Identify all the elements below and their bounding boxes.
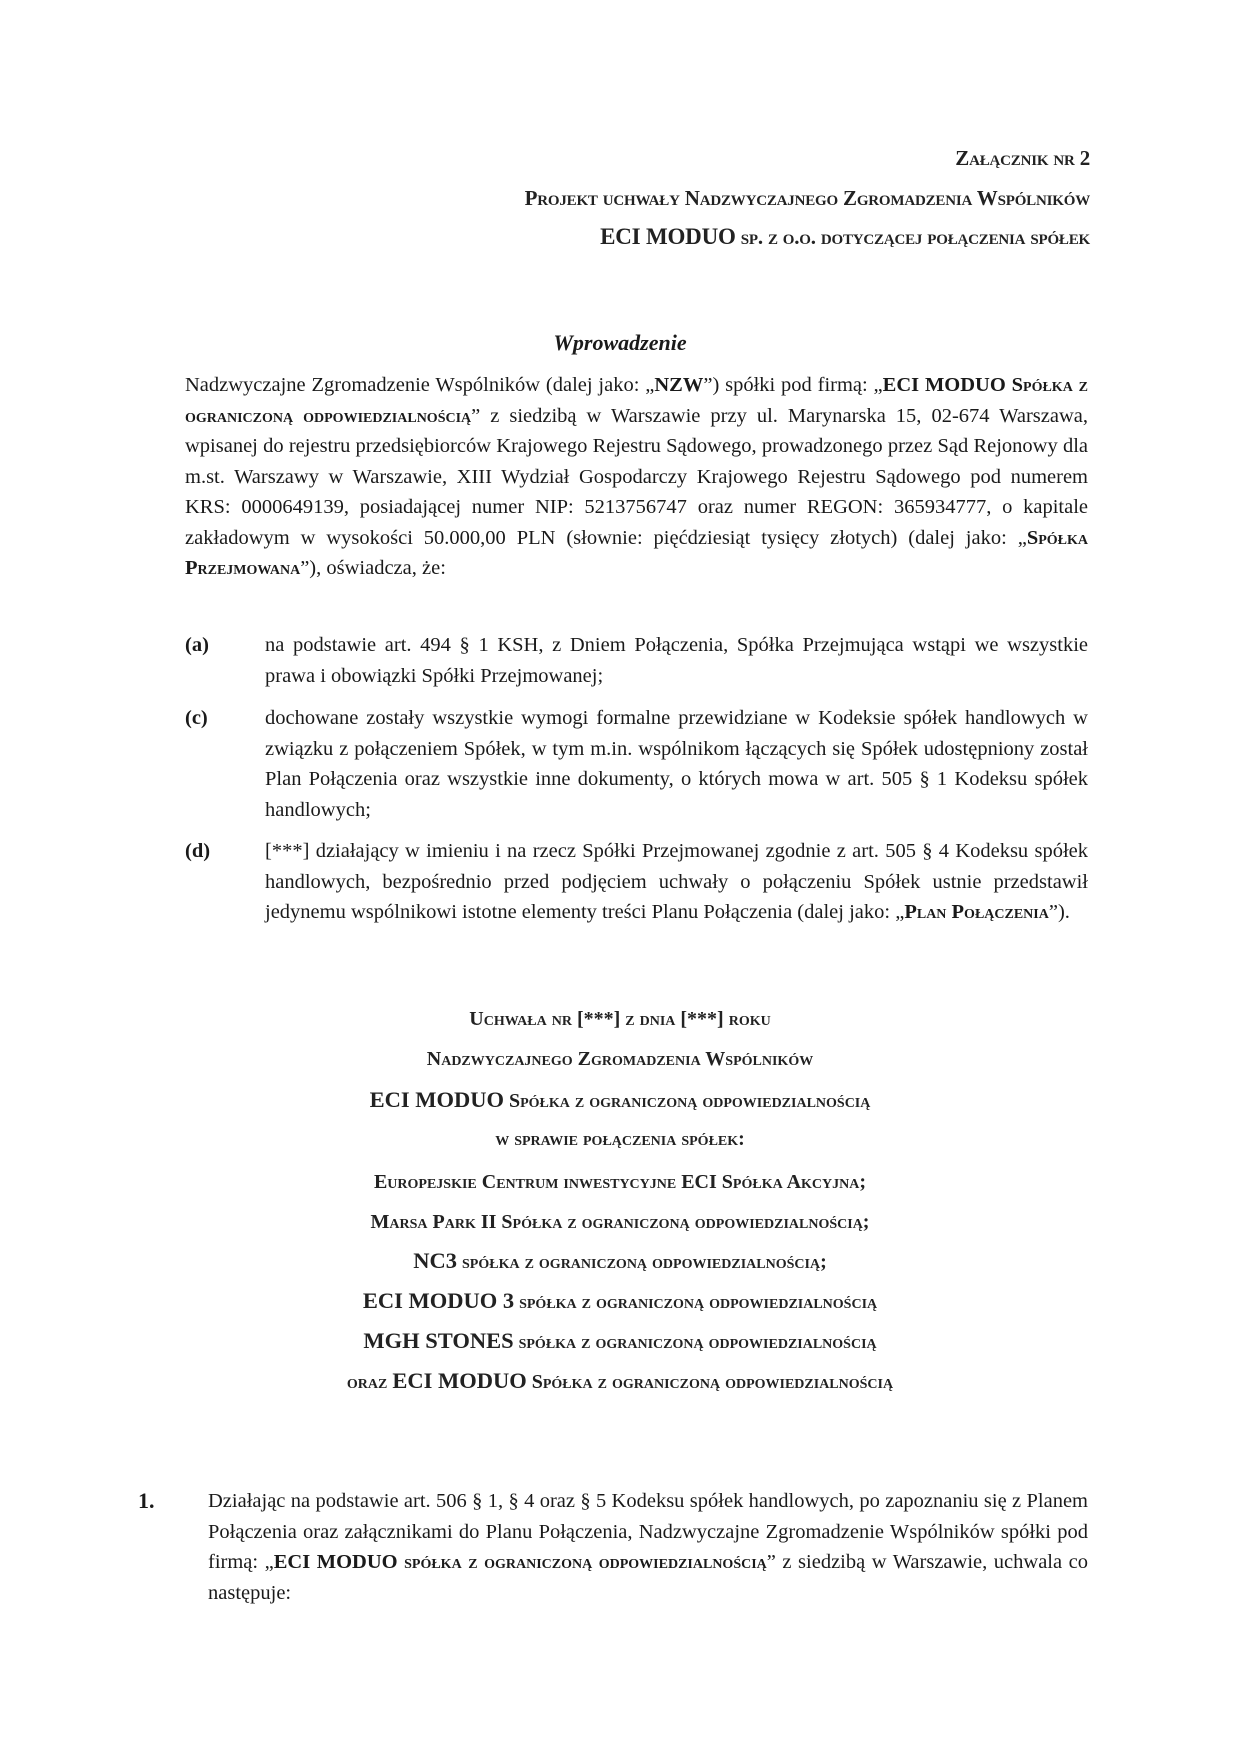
list-text: na podstawie art. 494 § 1 KSH, z Dniem P… <box>265 630 1088 691</box>
company-name: NC3 <box>413 1248 457 1273</box>
company-form: Spółka z ograniczoną odpowiedzialnością <box>527 1371 893 1393</box>
company-name: ECI MODUO <box>883 374 1006 396</box>
company-name: ECI MODUO 3 <box>363 1288 514 1313</box>
section-number: 1. <box>138 1486 155 1517</box>
resolution-body: Nadzwyczajnego Zgromadzenia Wspólników <box>0 1048 1240 1071</box>
merging-company-1: Europejskie Centrum inwestycyjne ECI Spó… <box>0 1168 1240 1194</box>
company-form: Europejskie Centrum inwestycyjne ECI Spó… <box>374 1171 866 1193</box>
merging-company-3: NC3 spółka z ograniczoną odpowiedzialnoś… <box>0 1248 1240 1274</box>
list-text: [***] działający w imieniu i na rzecz Sp… <box>265 836 1088 928</box>
company-form: spółka z ograniczoną odpowiedzialnością <box>514 1331 877 1353</box>
company-name: ECI MODUO <box>370 1087 504 1112</box>
text: Nadzwyczajne Zgromadzenie Wspólników (da… <box>185 374 654 396</box>
document-title-line2: ECI MODUO sp. z o.o. dotyczącej połączen… <box>600 224 1090 250</box>
company-name: ECI MODUO <box>392 1368 526 1393</box>
company-form: spółka z ograniczoną odpowiedzialnością; <box>457 1251 827 1273</box>
defined-term: Plan Połączenia <box>904 901 1049 923</box>
company-form: Spółka z ograniczoną odpowiedzialnością <box>504 1090 870 1112</box>
text: ”), oświadcza, że: <box>300 557 446 579</box>
company-name: ECI MODUO <box>274 1551 398 1573</box>
resolution-number: Uchwała nr [***] z dnia [***] roku <box>0 1008 1240 1031</box>
list-label: (c) <box>185 703 208 734</box>
text: ”). <box>1049 901 1070 923</box>
list-text: dochowane zostały wszystkie wymogi forma… <box>265 703 1088 825</box>
company-name: ECI MODUO <box>600 224 736 249</box>
section-text: Działając na podstawie art. 506 § 1, § 4… <box>208 1486 1088 1608</box>
company-form: spółka z ograniczoną odpowiedzialnością <box>398 1551 767 1573</box>
defined-term: NZW <box>654 374 703 396</box>
title-rest: sp. z o.o. dotyczącej połączenia spółek <box>741 225 1090 249</box>
merging-company-6: oraz ECI MODUO Spółka z ograniczoną odpo… <box>0 1368 1240 1394</box>
conjunction: oraz <box>347 1371 392 1393</box>
section-1: 1. Działając na podstawie art. 506 § 1, … <box>138 1486 1088 1608</box>
annex-label: Załącznik nr 2 <box>955 146 1090 171</box>
company-form: spółka z ograniczoną odpowiedzialnością <box>514 1291 877 1313</box>
list-item-c: (c) dochowane zostały wszystkie wymogi f… <box>185 703 1088 825</box>
resolution-company: ECI MODUO Spółka z ograniczoną odpowiedz… <box>0 1087 1240 1113</box>
company-name: MGH STONES <box>363 1328 513 1353</box>
document-page: Załącznik nr 2 Projekt uchwały Nadzwycza… <box>0 0 1240 1754</box>
list-label: (a) <box>185 630 209 661</box>
list-item-d: (d) [***] działający w imieniu i na rzec… <box>185 836 1088 928</box>
list-label: (d) <box>185 836 210 867</box>
merging-company-5: MGH STONES spółka z ograniczoną odpowied… <box>0 1328 1240 1354</box>
text: ”) spółki pod firmą: „ <box>703 374 882 396</box>
intro-paragraph: Nadzwyczajne Zgromadzenie Wspólników (da… <box>185 370 1088 584</box>
list-item-a: (a) na podstawie art. 494 § 1 KSH, z Dni… <box>185 630 1088 691</box>
resolution-subject: w sprawie połączenia spółek: <box>0 1128 1240 1151</box>
intro-heading: Wprowadzenie <box>0 330 1240 356</box>
company-form: Marsa Park II Spółka z ograniczoną odpow… <box>371 1211 870 1233</box>
merging-company-4: ECI MODUO 3 spółka z ograniczoną odpowie… <box>0 1288 1240 1314</box>
merging-company-2: Marsa Park II Spółka z ograniczoną odpow… <box>0 1208 1240 1234</box>
document-title-line1: Projekt uchwały Nadzwyczajnego Zgromadze… <box>525 186 1090 211</box>
